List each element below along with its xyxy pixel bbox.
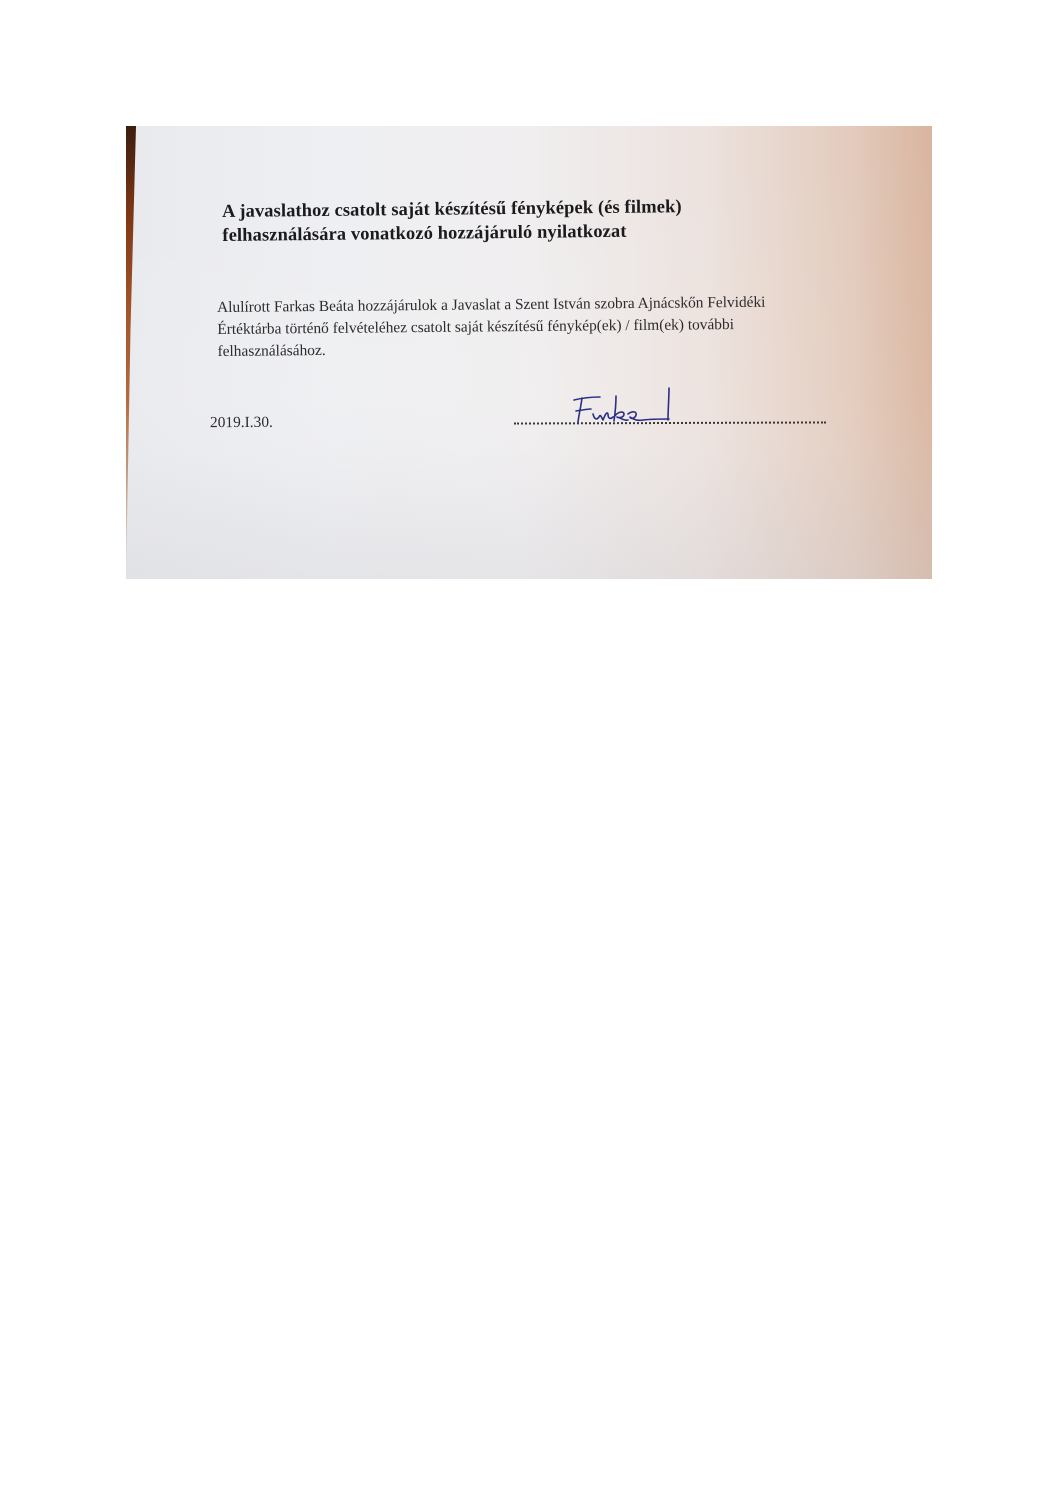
pdf-page: A javaslathoz csatolt saját készítésű fé… xyxy=(0,0,1058,1497)
photo-shadow xyxy=(126,449,932,579)
declaration-text: Alulírott Farkas Beáta hozzájárulok a Ja… xyxy=(217,291,868,363)
date: 2019.I.30. xyxy=(210,414,273,432)
document-title: A javaslathoz csatolt saját készítésű fé… xyxy=(222,193,862,248)
scanned-photo: A javaslathoz csatolt saját készítésű fé… xyxy=(126,126,932,579)
